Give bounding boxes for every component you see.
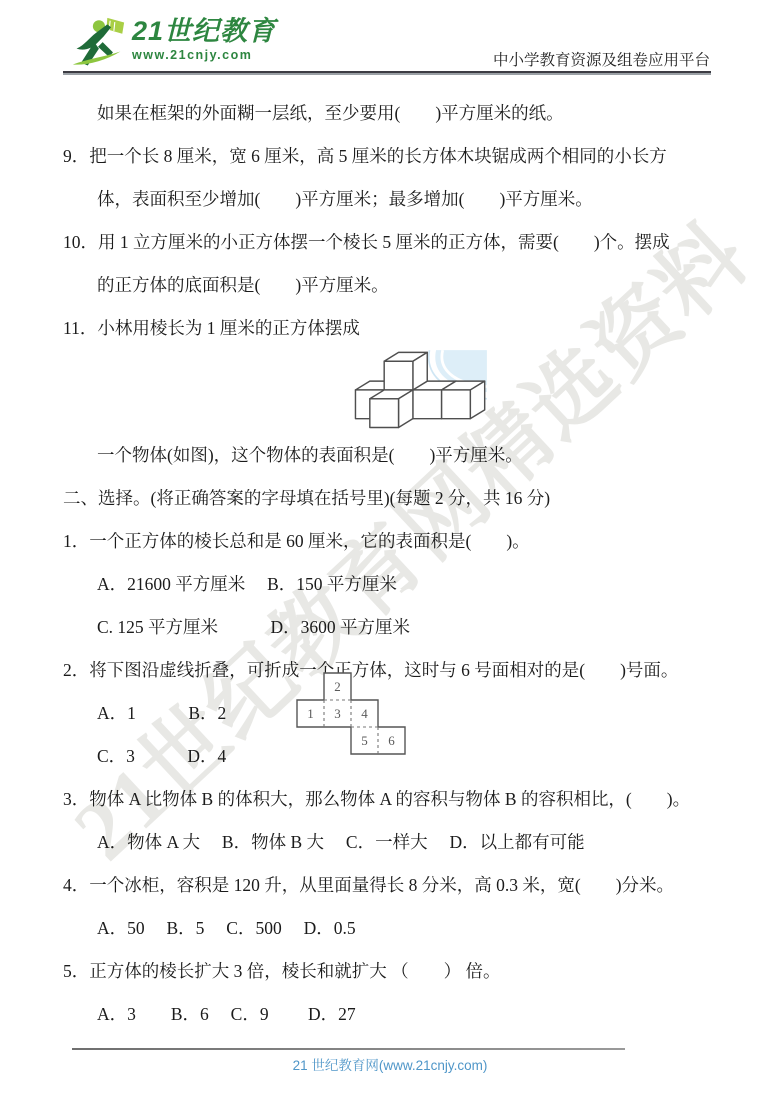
question-10-line2: 的正方体的底面积是( )平方厘米。 [63, 264, 723, 307]
choice-1-options-ab: A．21600 平方厘米 B．150 平方厘米 [63, 563, 723, 606]
footer-divider [72, 1048, 625, 1050]
choice-4: 4．一个冰柜，容积是 120 升，从里面量得长 8 分米，高 0.3 米，宽( … [63, 864, 723, 907]
net-cell-1: 1 [307, 706, 314, 721]
question-8-continuation: 如果在框架的外面糊一层纸，至少要用( )平方厘米的纸。 [63, 92, 723, 135]
platform-tagline: 中小学教育资源及组卷应用平台 [0, 48, 710, 70]
worksheet-body: 如果在框架的外面糊一层纸，至少要用( )平方厘米的纸。 9．把一个长 8 厘米，… [63, 92, 723, 1036]
unit-cubes-figure [63, 350, 723, 434]
header-divider [63, 71, 711, 75]
choice-1: 1．一个正方体的棱长总和是 60 厘米，它的表面积是( )。 [63, 520, 723, 563]
choice-2-options-cd: C．3 D．4 [63, 735, 723, 778]
choice-5: 5．正方体的棱长扩大 3 倍，棱长和就扩大 （ ） 倍。 [63, 950, 723, 993]
worksheet-page: 21世纪教育网精选资料 21世纪教育 www.21cnjy.com 中小学教育资… [0, 0, 780, 1103]
choice-1-options-cd: C. 125 平方厘米 D．3600 平方厘米 [63, 606, 723, 649]
question-9-line2: 体，表面积至少增加( )平方厘米；最多增加( )平方厘米。 [63, 178, 723, 221]
question-11-line2: 一个物体(如图)，这个物体的表面积是( )平方厘米。 [63, 434, 723, 477]
net-cell-4: 4 [361, 706, 368, 721]
section-2-heading: 二、选择。(将正确答案的字母填在括号里)(每题 2 分，共 16 分) [63, 477, 723, 520]
choice-5-options: A．3 B．6 C．9 D．27 [63, 993, 723, 1036]
question-9-line1: 9．把一个长 8 厘米，宽 6 厘米，高 5 厘米的长方体木块锯成两个相同的小长… [63, 135, 723, 178]
cubes-arrangement-image [340, 350, 488, 431]
choice-2-options-ab-text: A．1 B．2 [97, 703, 226, 723]
choice-3: 3．物体 A 比物体 B 的体积大，那么物体 A 的容积与物体 B 的容积相比，… [63, 778, 723, 821]
question-10-line1: 10．用 1 立方厘米的小正方体摆一个棱长 5 厘米的正方体，需要( )个。摆成 [63, 221, 723, 264]
logo-title: 21世纪教育 [132, 16, 276, 46]
choice-3-options: A．物体 A 大 B．物体 B 大 C．一样大 D．以上都有可能 [63, 821, 723, 864]
choice-2-options-ab: A．1 B．2 1 2 [63, 692, 723, 735]
choice-4-options: A．50 B．5 C．500 D．0.5 [63, 907, 723, 950]
footer-site-link: 21 世纪教育网(www.21cnjy.com) [0, 1054, 780, 1074]
question-11-line1: 11．小林用棱长为 1 厘米的正方体摆成 [63, 307, 723, 350]
net-cell-3: 3 [334, 706, 341, 721]
net-cell-2: 2 [334, 679, 341, 694]
